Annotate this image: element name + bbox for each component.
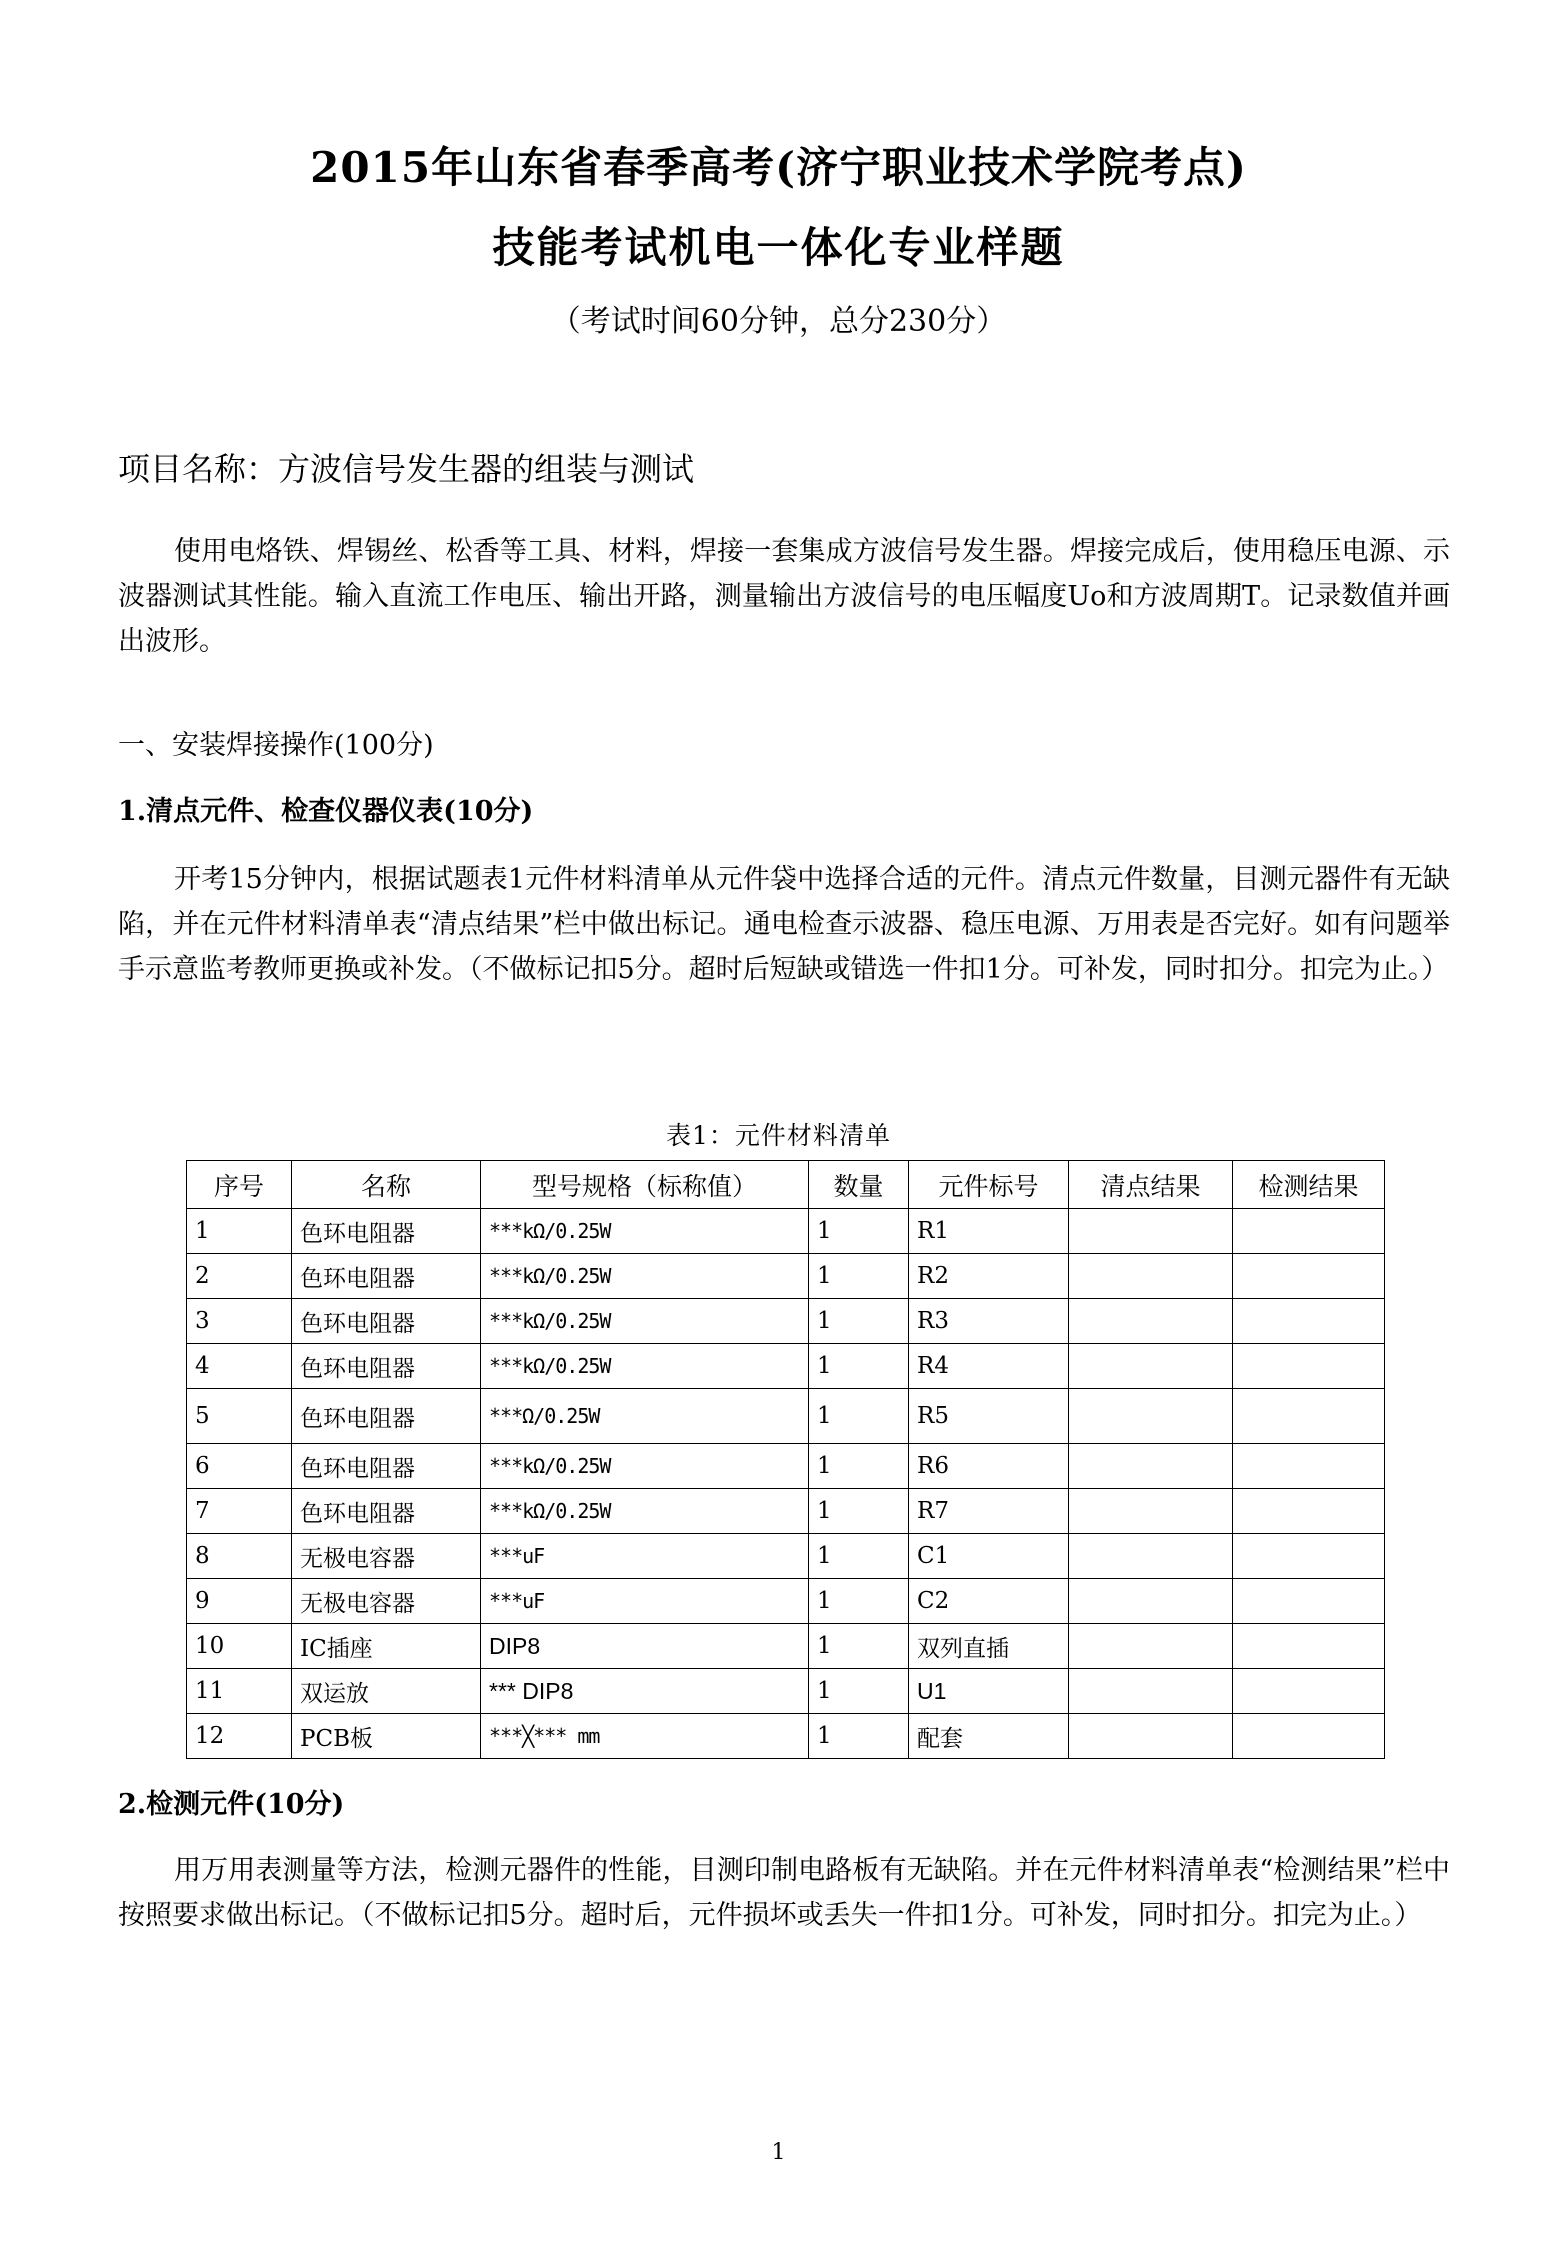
cell-spec: ***╳*** mm: [481, 1714, 809, 1759]
component-list-table: 序号 名称 型号规格（标称值） 数量 元件标号 清点结果 检测结果 1 色环电阻…: [186, 1160, 1385, 1759]
cell-name: IC插座: [292, 1624, 481, 1669]
cell-qty: 1: [809, 1669, 909, 1714]
cell-ref: C1: [909, 1534, 1069, 1579]
cell-check-result[interactable]: [1069, 1209, 1233, 1254]
cell-check-result[interactable]: [1069, 1489, 1233, 1534]
cell-check-result[interactable]: [1069, 1389, 1233, 1444]
cell-name: 色环电阻器: [292, 1489, 481, 1534]
cell-ref: 双列直插: [909, 1624, 1069, 1669]
header-ref: 元件标号: [909, 1161, 1069, 1209]
cell-check-result[interactable]: [1069, 1714, 1233, 1759]
cell-test-result[interactable]: [1233, 1534, 1385, 1579]
cell-spec: *** DIP8: [481, 1669, 809, 1714]
cell-name: PCB板: [292, 1714, 481, 1759]
cell-test-result[interactable]: [1233, 1209, 1385, 1254]
cell-name: 色环电阻器: [292, 1209, 481, 1254]
cell-no: 1: [187, 1209, 292, 1254]
item2-paragraph: 用万用表测量等方法，检测元器件的性能，目测印制电路板有无缺陷。并在元件材料清单表…: [118, 1848, 1450, 1938]
cell-no: 8: [187, 1534, 292, 1579]
cell-name: 色环电阻器: [292, 1389, 481, 1444]
document-title-line2: 技能考试机电一体化专业样题: [0, 220, 1557, 276]
table-row: 9 无极电容器 ***uF 1 C2: [187, 1579, 1385, 1624]
cell-check-result[interactable]: [1069, 1624, 1233, 1669]
table-row: 2 色环电阻器 ***kΩ/0.25W 1 R2: [187, 1254, 1385, 1299]
item1-body: 开考15分钟内，根据试题表1元件材料清单从元件袋中选择合适的元件。清点元件数量，…: [118, 857, 1450, 992]
exam-duration-score: （考试时间60分钟，总分230分）: [0, 302, 1557, 342]
header-name: 名称: [292, 1161, 481, 1209]
cell-ref: R2: [909, 1254, 1069, 1299]
cell-name: 色环电阻器: [292, 1344, 481, 1389]
cell-no: 9: [187, 1579, 292, 1624]
item2-body: 用万用表测量等方法，检测元器件的性能，目测印制电路板有无缺陷。并在元件材料清单表…: [118, 1848, 1450, 1938]
project-name: 项目名称：方波信号发生器的组装与测试: [118, 447, 694, 491]
item1-heading: 1.清点元件、检查仪器仪表(10分): [118, 789, 533, 834]
cell-spec: ***kΩ/0.25W: [481, 1344, 809, 1389]
cell-test-result[interactable]: [1233, 1669, 1385, 1714]
cell-no: 6: [187, 1444, 292, 1489]
cell-spec: ***kΩ/0.25W: [481, 1489, 809, 1534]
cell-qty: 1: [809, 1714, 909, 1759]
item1-paragraph: 开考15分钟内，根据试题表1元件材料清单从元件袋中选择合适的元件。清点元件数量，…: [118, 857, 1450, 992]
cell-qty: 1: [809, 1299, 909, 1344]
cell-spec: ***kΩ/0.25W: [481, 1299, 809, 1344]
table-row: 6 色环电阻器 ***kΩ/0.25W 1 R6: [187, 1444, 1385, 1489]
cell-check-result[interactable]: [1069, 1254, 1233, 1299]
cell-ref: R4: [909, 1344, 1069, 1389]
item1-heading-text: 1.清点元件、检查仪器仪表(10分): [118, 796, 533, 827]
cell-ref: 配套: [909, 1714, 1069, 1759]
cell-no: 11: [187, 1669, 292, 1714]
cell-ref: U1: [909, 1669, 1069, 1714]
cell-spec: ***kΩ/0.25W: [481, 1444, 809, 1489]
cell-spec: ***uF: [481, 1534, 809, 1579]
cell-qty: 1: [809, 1489, 909, 1534]
table-row: 12 PCB板 ***╳*** mm 1 配套: [187, 1714, 1385, 1759]
cell-qty: 1: [809, 1624, 909, 1669]
cell-check-result[interactable]: [1069, 1444, 1233, 1489]
cell-check-result[interactable]: [1069, 1299, 1233, 1344]
cell-check-result[interactable]: [1069, 1344, 1233, 1389]
cell-qty: 1: [809, 1344, 909, 1389]
cell-spec: ***kΩ/0.25W: [481, 1209, 809, 1254]
cell-test-result[interactable]: [1233, 1489, 1385, 1534]
cell-test-result[interactable]: [1233, 1254, 1385, 1299]
table-row: 3 色环电阻器 ***kΩ/0.25W 1 R3: [187, 1299, 1385, 1344]
table-row: 7 色环电阻器 ***kΩ/0.25W 1 R7: [187, 1489, 1385, 1534]
header-qty: 数量: [809, 1161, 909, 1209]
page-number: 1: [0, 2140, 1557, 2165]
table-row: 1 色环电阻器 ***kΩ/0.25W 1 R1: [187, 1209, 1385, 1254]
cell-ref: R5: [909, 1389, 1069, 1444]
cell-check-result[interactable]: [1069, 1534, 1233, 1579]
cell-name: 色环电阻器: [292, 1299, 481, 1344]
cell-qty: 1: [809, 1254, 909, 1299]
cell-no: 2: [187, 1254, 292, 1299]
cell-qty: 1: [809, 1534, 909, 1579]
table-row: 8 无极电容器 ***uF 1 C1: [187, 1534, 1385, 1579]
cell-test-result[interactable]: [1233, 1624, 1385, 1669]
intro-text: 使用电烙铁、焊锡丝、松香等工具、材料，焊接一套集成方波信号发生器。焊接完成后，使…: [118, 529, 1450, 664]
cell-test-result[interactable]: [1233, 1444, 1385, 1489]
cell-check-result[interactable]: [1069, 1579, 1233, 1624]
cell-qty: 1: [809, 1209, 909, 1254]
item2-heading: 2.检测元件(10分): [118, 1782, 344, 1827]
cell-qty: 1: [809, 1444, 909, 1489]
document-title-line1: 2015年山东省春季高考(济宁职业技术学院考点): [0, 140, 1557, 196]
cell-test-result[interactable]: [1233, 1344, 1385, 1389]
table-header-row: 序号 名称 型号规格（标称值） 数量 元件标号 清点结果 检测结果: [187, 1161, 1385, 1209]
cell-spec: ***Ω/0.25W: [481, 1389, 809, 1444]
cell-test-result[interactable]: [1233, 1299, 1385, 1344]
cell-test-result[interactable]: [1233, 1714, 1385, 1759]
cell-no: 10: [187, 1624, 292, 1669]
header-test-result: 检测结果: [1233, 1161, 1385, 1209]
intro-paragraph: 使用电烙铁、焊锡丝、松香等工具、材料，焊接一套集成方波信号发生器。焊接完成后，使…: [118, 529, 1450, 664]
cell-spec: ***uF: [481, 1579, 809, 1624]
cell-ref: R7: [909, 1489, 1069, 1534]
cell-name: 色环电阻器: [292, 1254, 481, 1299]
header-spec: 型号规格（标称值）: [481, 1161, 809, 1209]
cell-no: 4: [187, 1344, 292, 1389]
table-caption: 表1：元件材料清单: [0, 1118, 1557, 1154]
header-check-result: 清点结果: [1069, 1161, 1233, 1209]
cell-name: 无极电容器: [292, 1579, 481, 1624]
table-row: 4 色环电阻器 ***kΩ/0.25W 1 R4: [187, 1344, 1385, 1389]
cell-name: 无极电容器: [292, 1534, 481, 1579]
item2-heading-text: 2.检测元件(10分): [118, 1789, 344, 1820]
cell-no: 3: [187, 1299, 292, 1344]
cell-test-result[interactable]: [1233, 1389, 1385, 1444]
cell-ref: C2: [909, 1579, 1069, 1624]
table-row: 10 IC插座 DIP8 1 双列直插: [187, 1624, 1385, 1669]
header-no: 序号: [187, 1161, 292, 1209]
cell-check-result[interactable]: [1069, 1669, 1233, 1714]
cell-ref: R6: [909, 1444, 1069, 1489]
cell-no: 7: [187, 1489, 292, 1534]
cell-ref: R1: [909, 1209, 1069, 1254]
cell-qty: 1: [809, 1579, 909, 1624]
cell-no: 12: [187, 1714, 292, 1759]
cell-name: 色环电阻器: [292, 1444, 481, 1489]
table-row: 5 色环电阻器 ***Ω/0.25W 1 R5: [187, 1389, 1385, 1444]
cell-name: 双运放: [292, 1669, 481, 1714]
cell-spec: ***kΩ/0.25W: [481, 1254, 809, 1299]
section1-heading: 一、安装焊接操作(100分): [118, 723, 434, 768]
table-row: 11 双运放 *** DIP8 1 U1: [187, 1669, 1385, 1714]
cell-qty: 1: [809, 1389, 909, 1444]
cell-no: 5: [187, 1389, 292, 1444]
cell-spec: DIP8: [481, 1624, 809, 1669]
cell-ref: R3: [909, 1299, 1069, 1344]
cell-test-result[interactable]: [1233, 1579, 1385, 1624]
